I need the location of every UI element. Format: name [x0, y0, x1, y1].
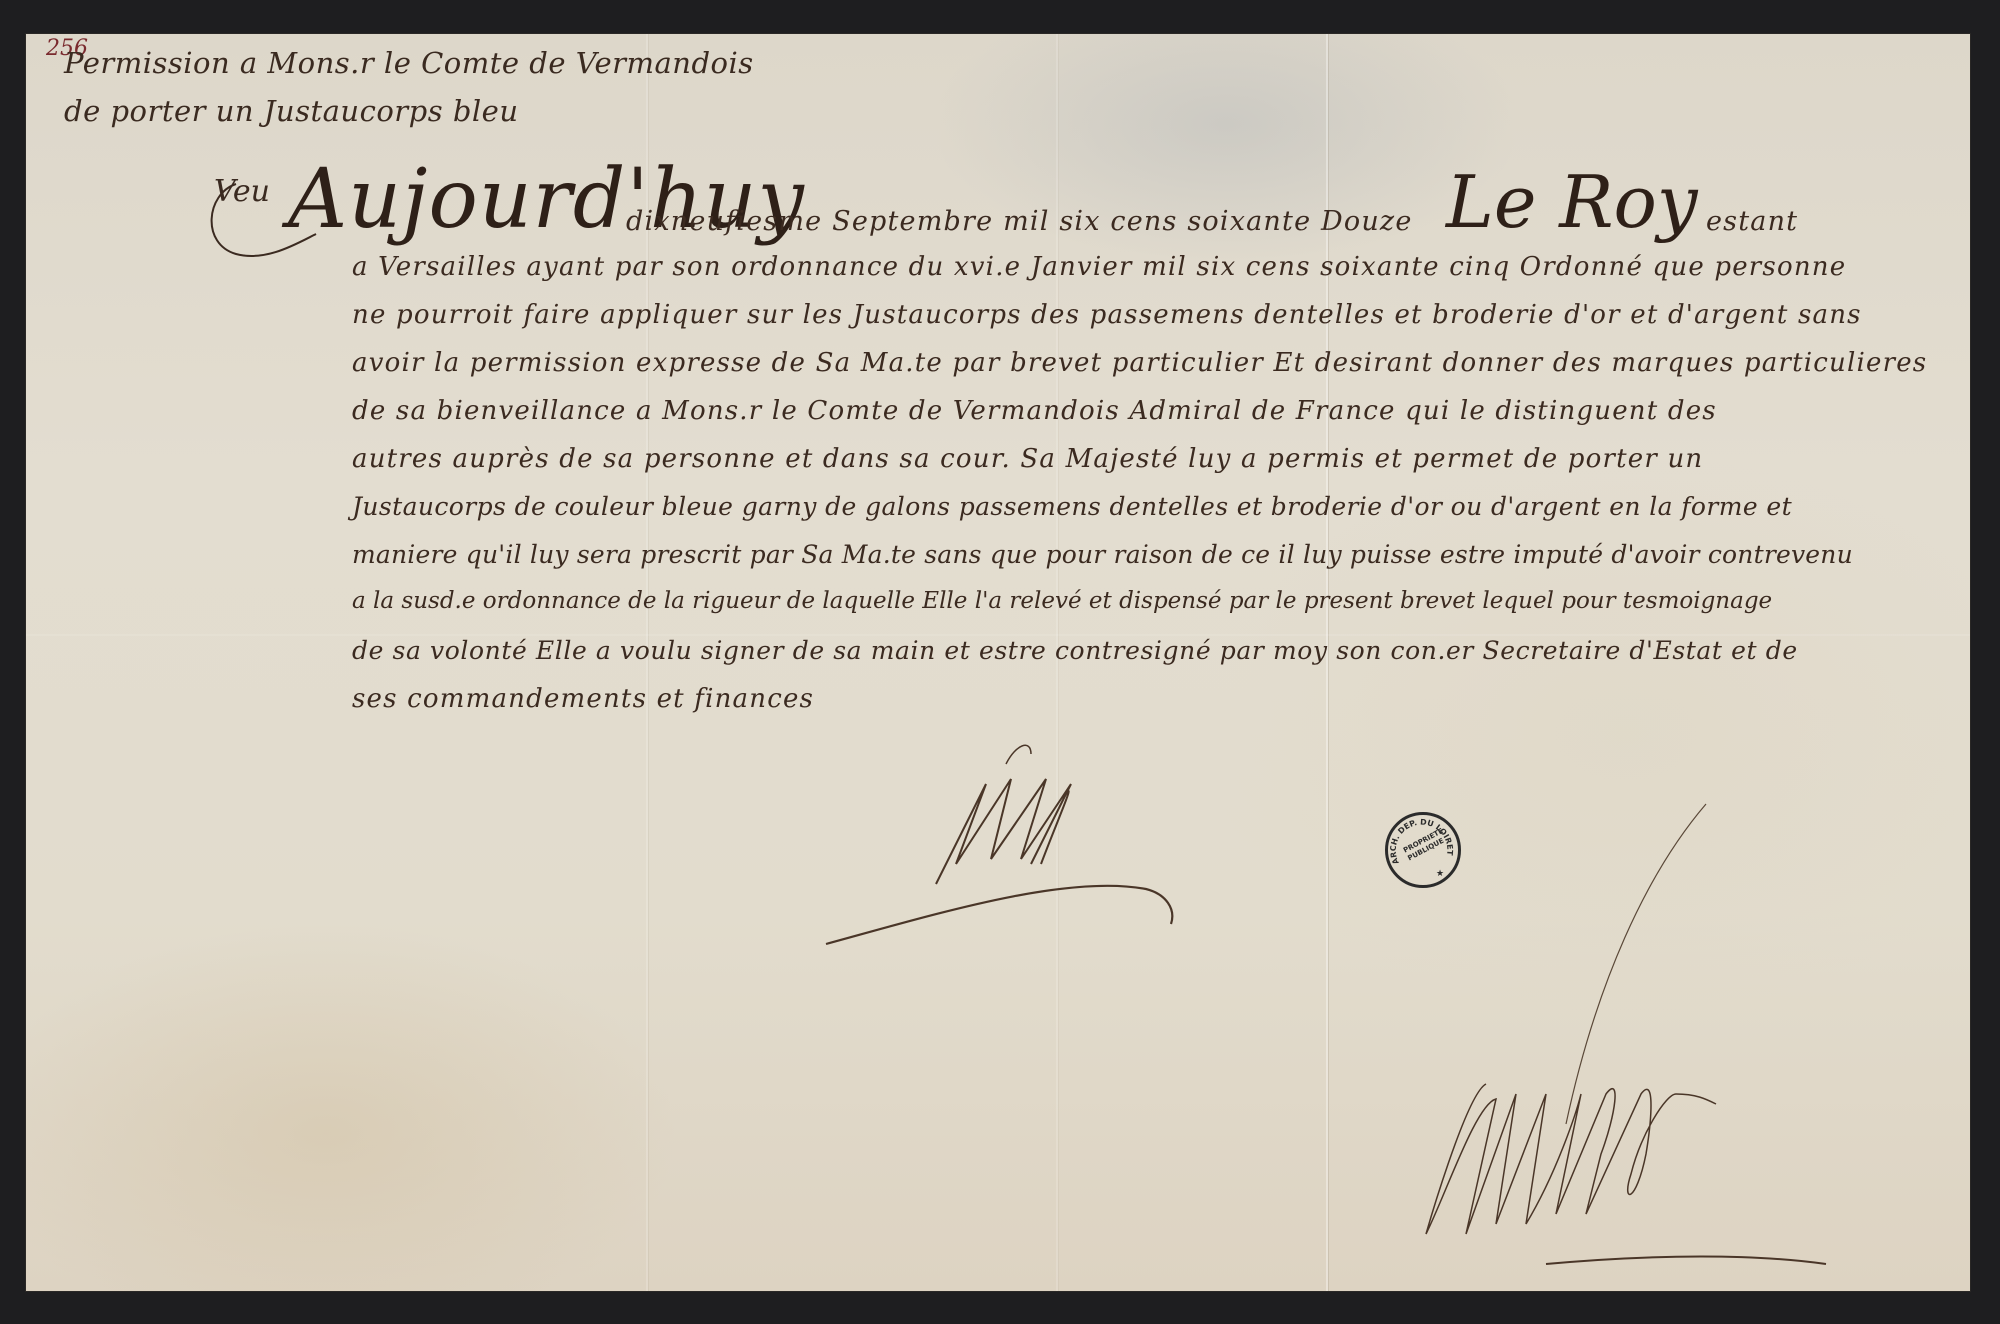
body-line-9: a la susd.e ordonnance de la rigueur de …: [352, 588, 1772, 614]
body-line-5: de sa bienveillance a Mons.r le Comte de…: [352, 396, 1717, 426]
king-signature: [816, 724, 1236, 964]
body-line-4: avoir la permission expresse de Sa Ma.te…: [352, 348, 1927, 378]
king-title: Le Roy: [1446, 160, 1698, 244]
secretary-signature: [1406, 794, 1966, 1274]
body-line-1: dixneufiesme Septembre mil six cens soix…: [626, 206, 1413, 237]
body-line-2: a Versailles ayant par son ordonnance du…: [352, 252, 1846, 282]
body-line-1-end: estant: [1706, 206, 1798, 237]
body-line-7: Justaucorps de couleur bleue garny de ga…: [352, 492, 1792, 521]
body-line-8: maniere qu'il luy sera prescrit par Sa M…: [352, 540, 1853, 569]
header-title-line-1: Permission a Mons.r le Comte de Vermando…: [64, 46, 754, 80]
body-line-11: ses commandements et finances: [352, 684, 814, 714]
body-line-3: ne pourroit faire appliquer sur les Just…: [352, 300, 1862, 330]
parchment-document: 256 Permission a Mons.r le Comte de Verm…: [26, 34, 1970, 1291]
body-line-10: de sa volonté Elle a voulu signer de sa …: [352, 636, 1798, 665]
body-line-6: autres auprès de sa personne et dans sa …: [352, 444, 1703, 474]
header-title-line-2: de porter un Justaucorps bleu: [64, 94, 519, 128]
